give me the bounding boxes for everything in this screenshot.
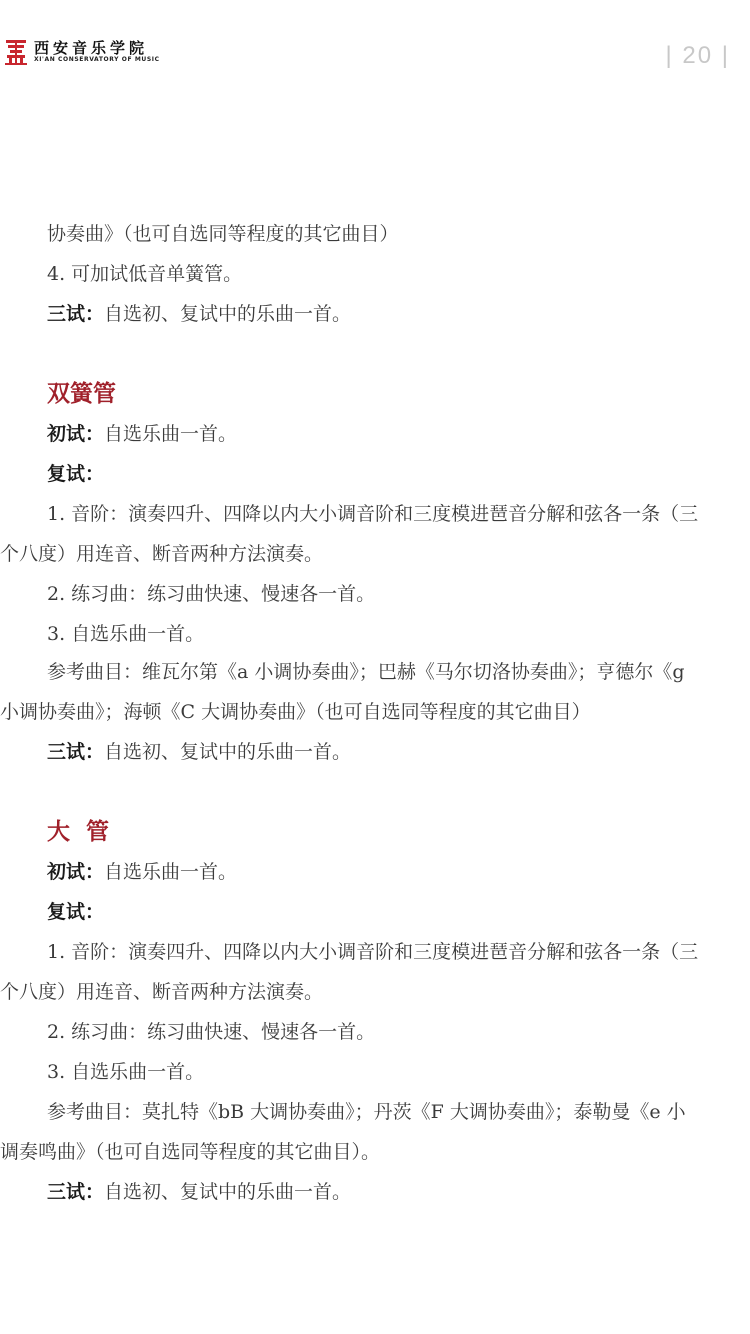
paragraph: 个八度）用连音、断音两种方法演奏。 [0, 980, 750, 1004]
paragraph: 调奏鸣曲》（也可自选同等程度的其它曲目）。 [0, 1140, 750, 1164]
third-round-row: 三试：自选初、复试中的乐曲一首。 [0, 1180, 750, 1204]
page-number: | 20 | [666, 42, 731, 70]
logo: 西安音乐学院 XI'AN CONSERVATORY OF MUSIC [4, 38, 160, 66]
third-round-text: 自选初、复试中的乐曲一首。 [104, 303, 351, 325]
first-round-row: 初试：自选乐曲一首。 [0, 860, 750, 884]
first-round-text: 自选乐曲一首。 [104, 861, 237, 883]
conservatory-emblem-icon [4, 38, 28, 66]
paragraph: 小调协奏曲》；海顿《C 大调协奏曲》（也可自选同等程度的其它曲目） [0, 700, 750, 724]
logo-english-name: XI'AN CONSERVATORY OF MUSIC [34, 56, 160, 64]
second-round-row: 复试： [0, 900, 750, 924]
second-round-label: 复试： [47, 901, 104, 923]
paragraph: 个八度）用连音、断音两种方法演奏。 [0, 542, 750, 566]
third-round-text: 自选初、复试中的乐曲一首。 [104, 741, 351, 763]
logo-chinese-name: 西安音乐学院 [34, 40, 160, 56]
third-round-row: 三试：自选初、复试中的乐曲一首。 [0, 302, 750, 326]
paragraph: 2. 练习曲：练习曲快速、慢速各一首。 [0, 582, 750, 606]
paragraph: 1. 音阶：演奏四升、四降以内大小调音阶和三度模进琶音分解和弦各一条（三 [0, 940, 750, 964]
paragraph: 参考曲目：维瓦尔第《a 小调协奏曲》；巴赫《马尔切洛协奏曲》；亨德尔《g [0, 660, 750, 684]
second-round-label: 复试： [47, 463, 104, 485]
paragraph: 3. 自选乐曲一首。 [0, 1060, 750, 1084]
first-round-label: 初试： [47, 423, 104, 445]
section-title-oboe: 双簧管 [0, 382, 750, 406]
third-round-label: 三试： [47, 741, 104, 763]
paragraph: 4. 可加试低音单簧管。 [0, 262, 750, 286]
paragraph: 参考曲目：莫扎特《bB 大调协奏曲》；丹茨《F 大调协奏曲》；泰勒曼《e 小 [0, 1100, 750, 1124]
first-round-label: 初试： [47, 861, 104, 883]
paragraph: 2. 练习曲：练习曲快速、慢速各一首。 [0, 1020, 750, 1044]
first-round-text: 自选乐曲一首。 [104, 423, 237, 445]
third-round-label: 三试： [47, 1181, 104, 1203]
paragraph: 1. 音阶：演奏四升、四降以内大小调音阶和三度模进琶音分解和弦各一条（三 [0, 502, 750, 526]
first-round-row: 初试：自选乐曲一首。 [0, 422, 750, 446]
third-round-text: 自选初、复试中的乐曲一首。 [104, 1181, 351, 1203]
page-header: 西安音乐学院 XI'AN CONSERVATORY OF MUSIC | 20 … [0, 0, 750, 90]
paragraph: 3. 自选乐曲一首。 [0, 622, 750, 646]
section-title-bassoon: 大 管 [0, 820, 750, 844]
third-round-row: 三试：自选初、复试中的乐曲一首。 [0, 740, 750, 764]
second-round-row: 复试： [0, 462, 750, 486]
paragraph: 协奏曲》（也可自选同等程度的其它曲目） [0, 222, 750, 246]
third-round-label: 三试： [47, 303, 104, 325]
